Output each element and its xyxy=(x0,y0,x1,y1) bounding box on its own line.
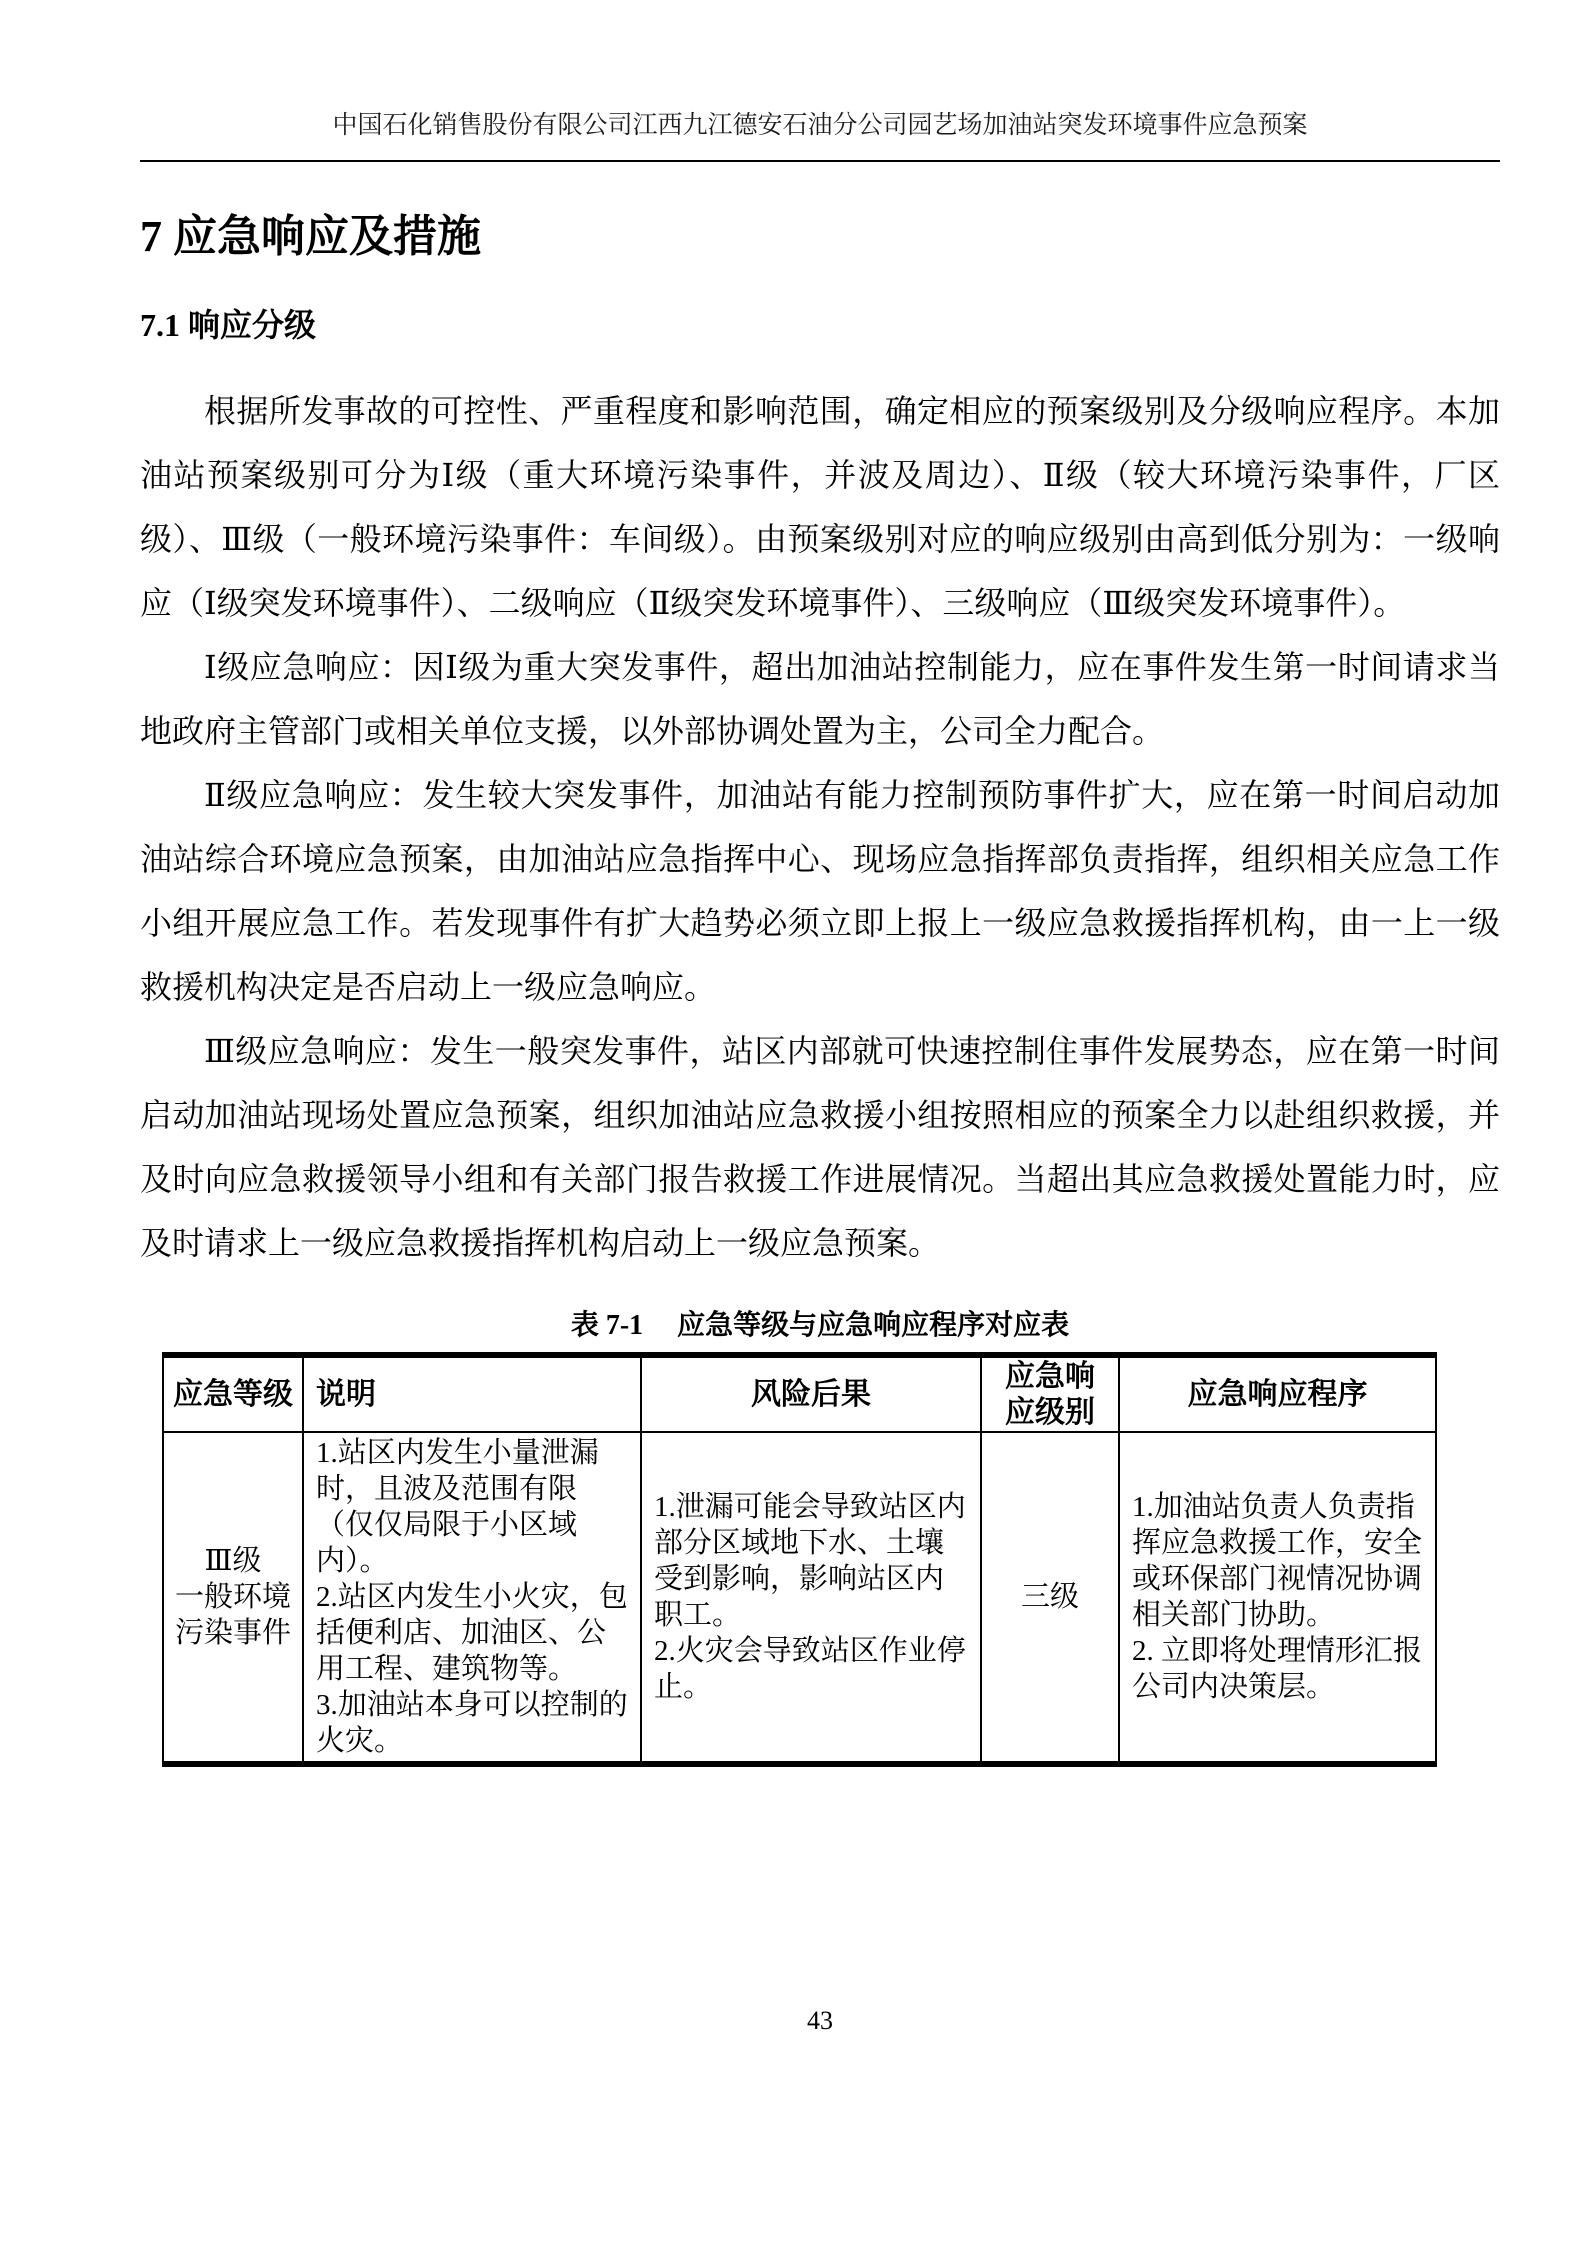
page-number: 43 xyxy=(140,2006,1500,2036)
table-caption: 表 7-1应急等级与应急响应程序对应表 xyxy=(140,1311,1500,1342)
paragraph-level-2-response: Ⅱ级应急响应：发生较大突发事件，加油站有能力控制预防事件扩大，应在第一时间启动加… xyxy=(140,763,1500,1019)
document-page: 中国石化销售股份有限公司江西九江德安石油分公司园艺场加油站突发环境事件应急预案 … xyxy=(0,0,1587,2245)
paragraph-level-1-response: Ⅰ级应急响应：因Ⅰ级为重大突发事件，超出加油站控制能力，应在事件发生第一时间请求… xyxy=(140,635,1500,763)
cell-response-level: 三级 xyxy=(981,1432,1119,1764)
col-header-description: 说明 xyxy=(303,1355,641,1432)
table-row: Ⅲ级 一般环境 污染事件 1.站区内发生小量泄漏时，且波及范围有限（仅仅局限于小… xyxy=(163,1432,1436,1764)
paragraph-response-grading: 根据所发事故的可控性、严重程度和影响范围，确定相应的预案级别及分级响应程序。本加… xyxy=(140,379,1500,635)
table-caption-label: 表 7-1 xyxy=(571,1310,643,1341)
cell-response-procedure: 1.加油站负责人负责指挥应急救援工作，安全或环保部门视情况协调相关部门协助。 2… xyxy=(1119,1432,1436,1764)
col-header-risk-consequence: 风险后果 xyxy=(641,1355,981,1432)
cell-risk-consequence: 1.泄漏可能会导致站区内部分区域地下水、土壤受到影响，影响站区内职工。 2.火灾… xyxy=(641,1432,981,1764)
running-header: 中国石化销售股份有限公司江西九江德安石油分公司园艺场加油站突发环境事件应急预案 xyxy=(140,0,1500,140)
cell-emergency-level: Ⅲ级 一般环境 污染事件 xyxy=(163,1432,303,1764)
col-header-response-level: 应急响 应级别 xyxy=(981,1355,1119,1432)
header-rule xyxy=(140,160,1500,162)
table-caption-title: 应急等级与应急响应程序对应表 xyxy=(677,1310,1069,1341)
table-header-row: 应急等级 说明 风险后果 应急响 应级别 应急响应程序 xyxy=(163,1355,1436,1432)
body-text: 根据所发事故的可控性、严重程度和影响范围，确定相应的预案级别及分级响应程序。本加… xyxy=(140,379,1500,1275)
chapter-heading: 7 应急响应及措施 xyxy=(140,214,1500,260)
paragraph-level-3-response: Ⅲ级应急响应：发生一般突发事件，站区内部就可快速控制住事件发展势态，应在第一时间… xyxy=(140,1019,1500,1275)
cell-description: 1.站区内发生小量泄漏时，且波及范围有限（仅仅局限于小区域内）。 2.站区内发生… xyxy=(303,1432,641,1764)
emergency-level-table: 应急等级 说明 风险后果 应急响 应级别 应急响应程序 Ⅲ级 一般环境 污染事件… xyxy=(162,1352,1437,1767)
col-header-response-procedure: 应急响应程序 xyxy=(1119,1355,1436,1432)
col-header-emergency-level: 应急等级 xyxy=(163,1355,303,1432)
section-heading: 7.1 响应分级 xyxy=(140,309,1500,343)
